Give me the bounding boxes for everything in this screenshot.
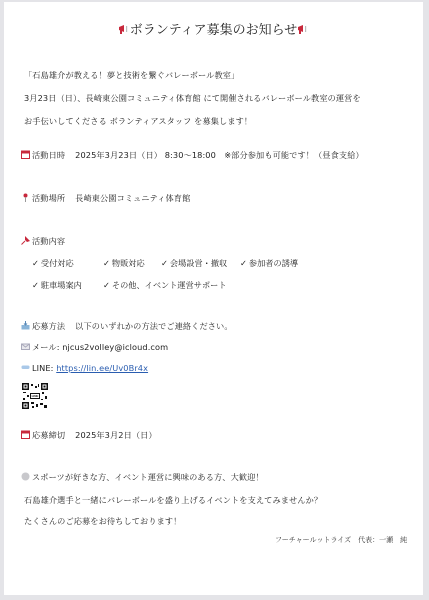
check-icon: ✓ [32,258,39,268]
email-label: メール: [32,342,60,352]
closing-line-1: スポーツが好きな方、イベント運営に興味のある方、大歓迎！ [21,472,264,483]
speech-bubble-icon [21,363,30,372]
calendar-icon [21,430,30,439]
qr-code-icon: LINE [22,383,48,409]
email-row: メール: njcus2volley@icloud.com [21,342,168,353]
deadline-row: 応募締切2025年3月2日（日） [21,430,157,441]
datetime-row: 活動日時2025年3月23日（日） 8:30〜18:00 ※部分参加も可能です！… [21,150,364,161]
activity-item: ✓その他、イベント運営サポート [103,280,227,291]
line-qr-code[interactable]: LINE [22,383,48,409]
closing-line-2: 石島雄介選手と一緒にバレーボールを盛り上げるイベントを支えてみませんか？ [24,495,322,506]
apply-value: 以下のいずれかの方法でご連絡ください。 [75,321,232,331]
activity-item: ✓会場設営・撤収 [161,258,227,269]
check-icon: ✓ [103,258,110,268]
activity-item: ✓駐車場案内 [32,280,82,291]
deadline-label: 応募締切 [32,430,65,440]
inbox-icon [21,321,30,330]
activity-item: ✓受付対応 [32,258,74,269]
activities-label: 活動内容 [32,236,65,246]
location-row: 活動場所長崎東公園コミュニティ体育館 [21,193,190,204]
intro-line-2: お手伝いしてくださる ボランティアスタッフ を募集します！ [24,116,252,127]
datetime-value: 2025年3月23日（日） 8:30〜18:00 ※部分参加も可能です！（昼食支… [75,150,364,160]
email-address[interactable]: njcus2volley@icloud.com [62,342,168,352]
check-icon: ✓ [240,258,247,268]
deadline-value: 2025年3月2日（日） [75,430,157,440]
line-link[interactable]: https://lin.ee/Uv0Br4x [56,363,148,373]
pin-icon [21,193,30,202]
megaphone-icon [297,24,309,35]
apply-label: 応募方法 [32,321,65,331]
intro-line-1: 3月23日（日）、長崎東公園コミュニティ体育館 にて開催されるバレーボール教室の… [24,93,361,104]
datetime-label: 活動日時 [32,150,65,160]
intro-heading: 「石島雄介が教える！夢と技術を繋ぐバレーボール教室」 [24,70,239,81]
pushpin-icon [21,236,30,245]
document-page: ボランティア募集のお知らせ 「石島雄介が教える！夢と技術を繋ぐバレーボール教室」… [4,2,423,595]
activity-item: ✓参加者の誘導 [240,258,298,269]
calendar-icon [21,150,30,159]
circle-icon [21,472,30,481]
page-title: ボランティア募集のお知らせ [4,19,423,38]
activity-item: ✓物販対応 [103,258,145,269]
line-label: LINE: [32,363,54,373]
location-label: 活動場所 [32,193,65,203]
svg-text:LINE: LINE [32,394,39,398]
location-value: 長崎東公園コミュニティ体育館 [75,193,190,203]
signature: フーチャールットライズ 代表：一瀬 純 [275,535,407,545]
closing-line-3: たくさんのご応募をお待ちしております！ [24,516,181,527]
megaphone-icon [118,24,130,35]
check-icon: ✓ [161,258,168,268]
activities-heading: 活動内容 [21,236,65,247]
mail-icon [21,342,30,351]
line-row: LINE: https://lin.ee/Uv0Br4x [21,363,148,373]
check-icon: ✓ [32,280,39,290]
check-icon: ✓ [103,280,110,290]
apply-row: 応募方法以下のいずれかの方法でご連絡ください。 [21,321,233,332]
